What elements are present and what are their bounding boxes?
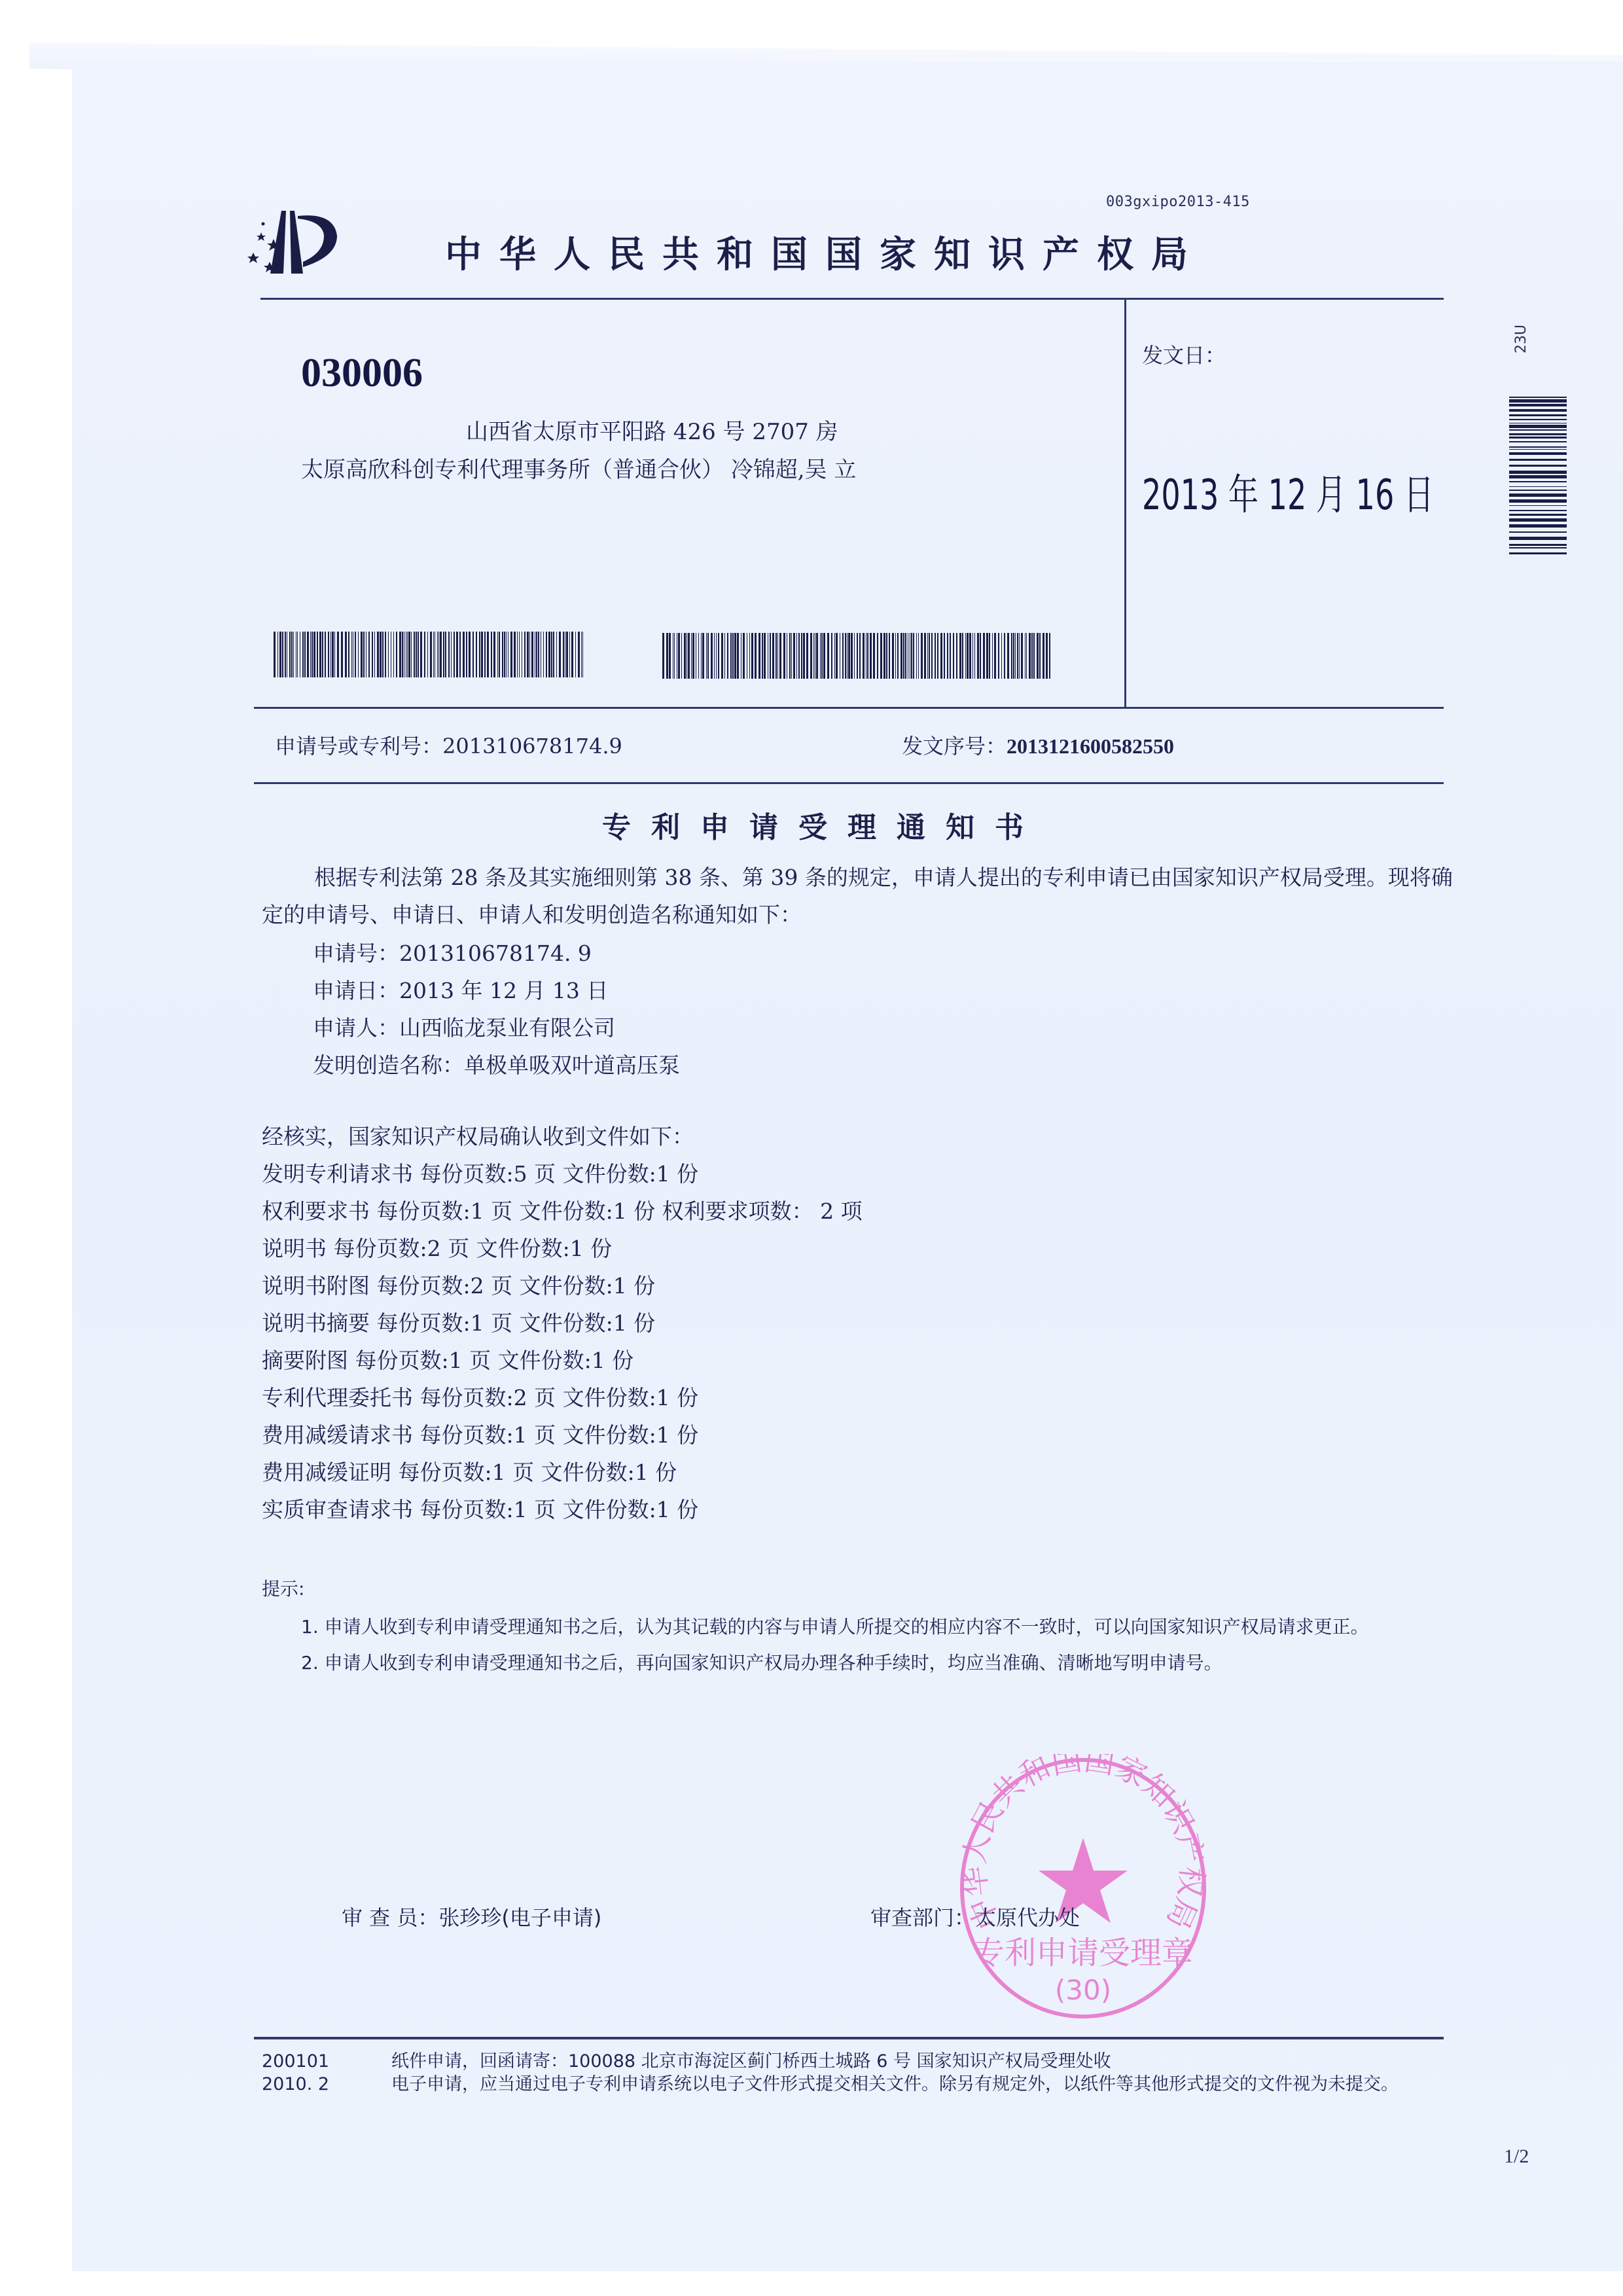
svg-text:专利申请受理章: 专利申请受理章 xyxy=(973,1935,1193,1971)
examiner: 审 查 员：张珍珍(电子申请) xyxy=(342,1901,601,1931)
dispatch-sequence-value: 2013121600582550 xyxy=(1007,734,1174,758)
tips-list: 1. 申请人收到专利申请受理通知书之后，认为其记载的内容与申请人所提交的相应内容… xyxy=(262,1609,1453,1681)
electronic-filing-note: 电子申请，应当通过电子专利申请系统以电子文件形式提交相关文件。除另有规定外，以纸… xyxy=(391,2073,1465,2096)
official-seal-icon: 中华人民共和国国家知识产权局 专利申请受理章 (30) xyxy=(952,1754,1214,2022)
numbers-bottom-divider xyxy=(254,782,1444,784)
barcode-application xyxy=(274,632,594,677)
file-item: 摘要附图 每份页数:1 页 文件份数:1 份 xyxy=(262,1342,863,1379)
application-number-label: 申请号或专利号： xyxy=(275,734,442,759)
tips-label: 提示: xyxy=(262,1575,304,1601)
address-box-divider xyxy=(1124,298,1126,707)
footer-divider xyxy=(254,2037,1444,2039)
file-item: 说明书 每份页数:2 页 文件份数:1 份 xyxy=(262,1230,863,1267)
examiner-label: 审 查 员： xyxy=(342,1905,438,1930)
numbers-top-divider xyxy=(254,707,1444,709)
application-number-row: 申请号或专利号：201310678174.9 xyxy=(275,730,622,760)
info-application-number: 申请号：201310678174. 9 xyxy=(313,935,680,972)
paper-filing-note: 纸件申请，回函请寄：100088 北京市海淀区蓟门桥西土城路 6 号 国家知识产… xyxy=(391,2050,1111,2073)
notice-intro: 根据专利法第 28 条及其实施细则第 38 条、第 39 条的规定，申请人提出的… xyxy=(262,859,1453,933)
info-invention-title: 发明创造名称：单极单吸双叶道高压泵 xyxy=(313,1047,680,1084)
cnipa-logo-icon xyxy=(232,196,350,281)
page-number: 1/2 xyxy=(1504,2145,1529,2168)
tip-item: 2. 申请人收到专利申请受理通知书之后，再向国家知识产权局办理各种手续时，均应当… xyxy=(262,1645,1453,1681)
file-item: 费用减缓证明 每份页数:1 页 文件份数:1 份 xyxy=(262,1454,863,1491)
files-heading: 经核实，国家知识产权局确认收到文件如下： xyxy=(262,1118,863,1155)
dispatch-sequence-label: 发文序号： xyxy=(902,734,1007,759)
document-code: 003gxipo2013-415 xyxy=(1106,194,1250,210)
file-item: 权利要求书 每份页数:1 页 文件份数:1 份 权利要求项数： 2 项 xyxy=(262,1193,863,1230)
notice-title: 专利申请受理通知书 xyxy=(602,804,1044,846)
barcode-sequence xyxy=(662,633,1052,679)
department-name: 太原代办处 xyxy=(975,1906,1080,1929)
info-filing-date: 申请日：2013 年 12 月 13 日 xyxy=(313,972,680,1009)
examiner-name: 张珍珍(电子申请) xyxy=(438,1905,601,1930)
svg-text:(30): (30) xyxy=(1055,1974,1111,2006)
form-version: 2010. 2 xyxy=(262,2073,329,2096)
file-item: 发明专利请求书 每份页数:5 页 文件份数:1 份 xyxy=(262,1155,863,1193)
header-divider xyxy=(260,298,1444,300)
received-files: 经核实，国家知识产权局确认收到文件如下： 发明专利请求书 每份页数:5 页 文件… xyxy=(262,1118,863,1528)
application-number-value: 201310678174.9 xyxy=(442,734,622,759)
examination-department: 审查部门：太原代办处 xyxy=(870,1901,1080,1931)
dispatch-sequence-row: 发文序号：2013121600582550 xyxy=(902,730,1174,760)
side-barcode-label: 23U xyxy=(1513,325,1529,353)
recipient-agency: 太原高欣科创专利代理事务所（普通合伙） 冷锦超,吴 立 xyxy=(301,452,856,484)
application-info: 申请号：201310678174. 9 申请日：2013 年 12 月 13 日… xyxy=(313,935,680,1084)
form-code: 200101 xyxy=(262,2050,329,2073)
file-item: 说明书附图 每份页数:2 页 文件份数:1 份 xyxy=(262,1267,863,1304)
file-item: 费用减缓请求书 每份页数:1 页 文件份数:1 份 xyxy=(262,1416,863,1454)
department-label: 审查部门： xyxy=(870,1905,975,1930)
file-item: 实质审查请求书 每份页数:1 页 文件份数:1 份 xyxy=(262,1491,863,1528)
recipient-address: 山西省太原市平阳路 426 号 2707 房 xyxy=(466,414,838,446)
info-applicant: 申请人：山西临龙泵业有限公司 xyxy=(313,1009,680,1047)
postcode: 030006 xyxy=(301,350,423,397)
side-barcode xyxy=(1509,397,1567,557)
issue-date-label: 发文日： xyxy=(1142,339,1226,369)
agency-name: 中华人民共和国国家知识产权局 xyxy=(445,226,1205,278)
tip-item: 1. 申请人收到专利申请受理通知书之后，认为其记载的内容与申请人所提交的相应内容… xyxy=(262,1609,1453,1645)
file-item: 说明书摘要 每份页数:1 页 文件份数:1 份 xyxy=(262,1304,863,1342)
file-item: 专利代理委托书 每份页数:2 页 文件份数:1 份 xyxy=(262,1379,863,1416)
issue-date: 2013 年 12 月 16 日 xyxy=(1142,461,1434,522)
